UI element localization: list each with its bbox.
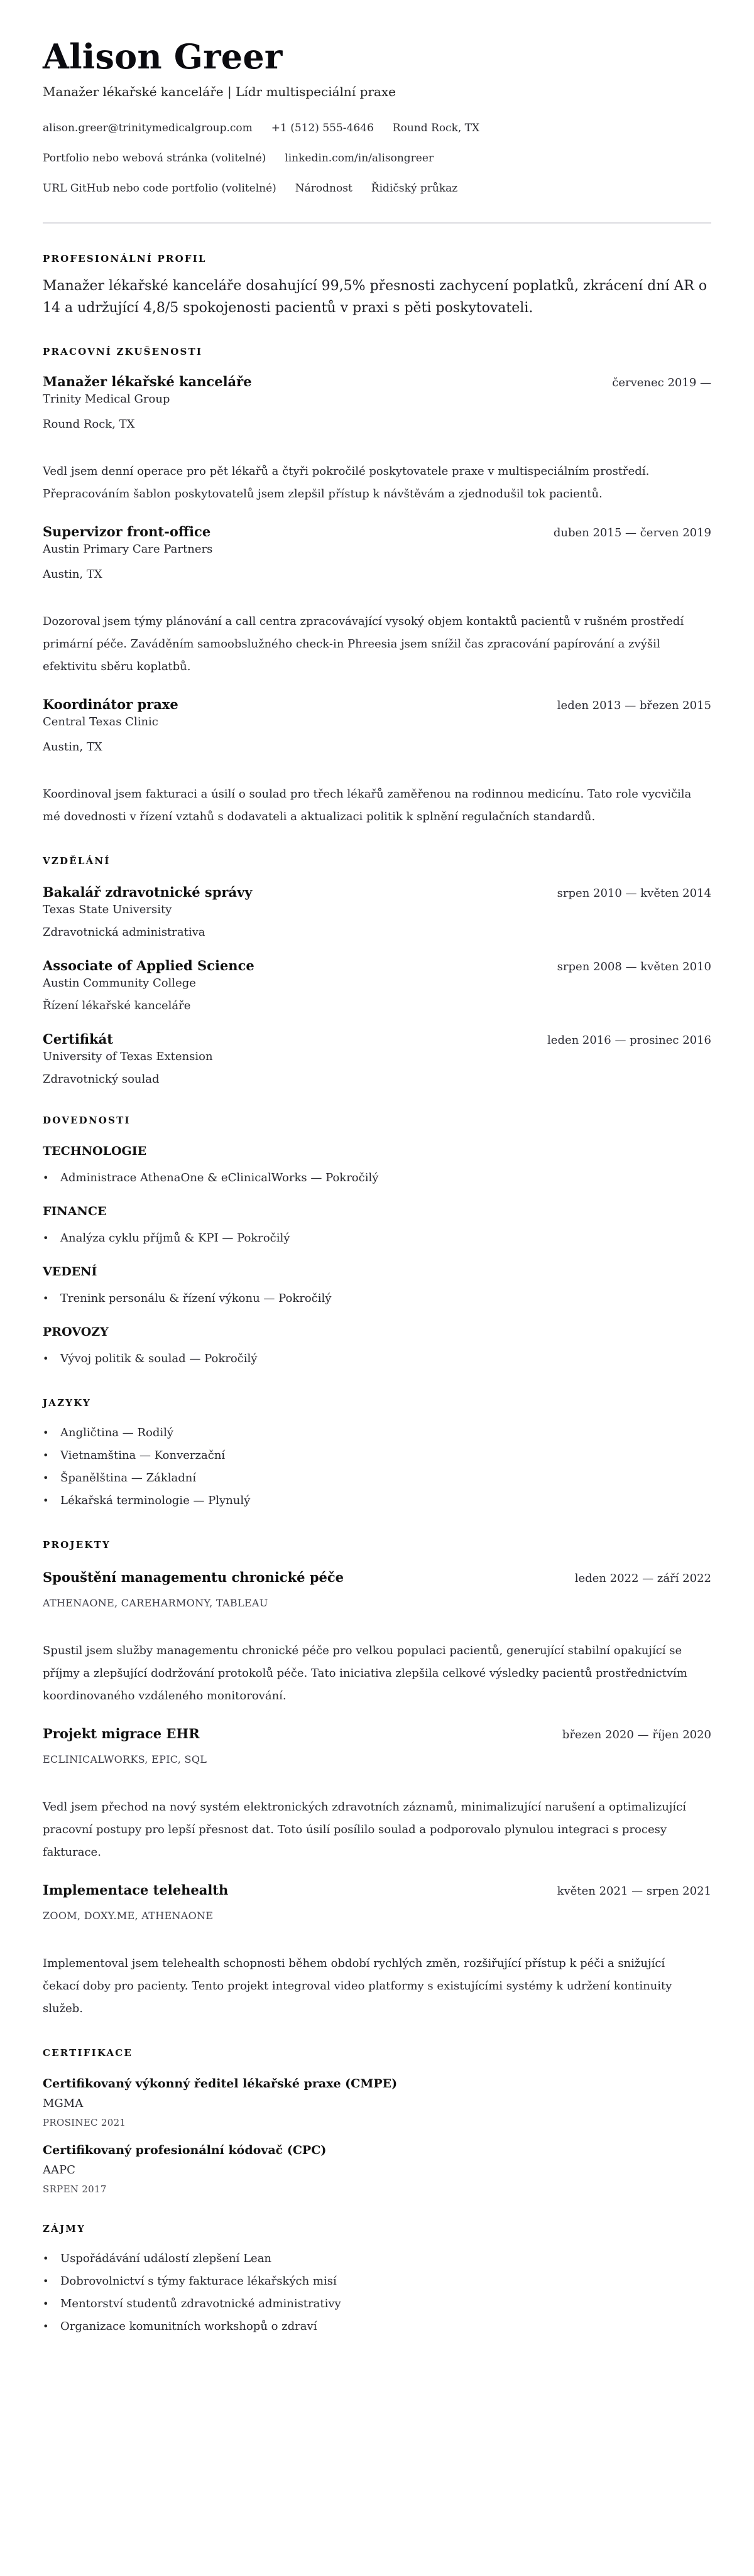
projects-section: PROJEKTY Spouštění managementu chronické… [43, 1539, 711, 2020]
section-title-interests: ZÁJMY [43, 2222, 711, 2235]
education-entry: Certifikátleden 2016 — prosinec 2016Univ… [43, 1031, 711, 1088]
certification-name: Certifikovaný výkonný ředitel lékařské p… [43, 2075, 711, 2092]
skill-list: Vývoj politik & soulad — Pokročilý [43, 1348, 711, 1370]
skill-list: Administrace AthenaOne & eClinicalWorks … [43, 1167, 711, 1189]
project-entry: Implementace telehealthkvěten 2021 — srp… [43, 1881, 711, 2020]
job-company: Central Texas Clinic [43, 714, 711, 730]
education-dates: srpen 2008 — květen 2010 [557, 959, 711, 975]
school-name: Texas State University [43, 902, 711, 918]
interest-item: Uspořádávání událostí zlepšení Lean [43, 2248, 711, 2270]
skill-list: Trenink personálu & řízení výkonu — Pokr… [43, 1287, 711, 1310]
skill-category: TECHNOLOGIE [43, 1143, 711, 1159]
job-dates: červenec 2019 — [612, 375, 711, 391]
contact-row-extra: URL GitHub nebo code portfolio (voliteln… [43, 181, 711, 196]
field-of-study: Zdravotnická administrativa [43, 924, 711, 941]
interest-item: Dobrovolnictví s týmy fakturace lékařský… [43, 2270, 711, 2293]
education-entry: Bakalář zdravotnické správysrpen 2010 — … [43, 884, 711, 941]
certification-date: PROSINEC 2021 [43, 2116, 711, 2130]
education-entry-header: Certifikátleden 2016 — prosinec 2016 [43, 1031, 711, 1049]
certification-date: SRPEN 2017 [43, 2182, 711, 2196]
job-dates: leden 2013 — březen 2015 [557, 698, 711, 714]
job-description: Koordinoval jsem fakturaci a úsilí o sou… [43, 783, 711, 828]
project-entry-header: Projekt migrace EHRbřezen 2020 — říjen 2… [43, 1725, 711, 1743]
skill-group: VEDENÍTrenink personálu & řízení výkonu … [43, 1264, 711, 1310]
certifications-section: CERTIFIKACE Certifikovaný výkonný ředite… [43, 2047, 711, 2196]
certification-entry: Certifikovaný výkonný ředitel lékařské p… [43, 2075, 711, 2130]
interest-item: Mentorství studentů zdravotnické adminis… [43, 2293, 711, 2315]
job-title: Supervizor front-office [43, 523, 210, 541]
job-location: Austin, TX [43, 566, 711, 583]
contact-row-links: Portfolio nebo webová stránka (volitelné… [43, 151, 711, 166]
contact-driving-license: Řidičský průkaz [371, 181, 457, 196]
education-entry-header: Associate of Applied Sciencesrpen 2008 —… [43, 957, 711, 975]
project-entry: Spouštění managementu chronické péčelede… [43, 1569, 711, 1707]
education-dates: srpen 2010 — květen 2014 [557, 885, 711, 902]
project-description: Implementoval jsem telehealth schopnosti… [43, 1952, 711, 2020]
section-title-experience: PRACOVNÍ ZKUŠENOSTI [43, 345, 711, 358]
education-section: VZDĚLÁNÍ Bakalář zdravotnické správysrpe… [43, 855, 711, 1088]
certification-entry: Certifikovaný profesionální kódovač (CPC… [43, 2142, 711, 2196]
skill-category: PROVOZY [43, 1324, 711, 1340]
skill-group: FINANCEAnalýza cyklu příjmů & KPI — Pokr… [43, 1203, 711, 1250]
project-tech-tags: ECLINICALWORKS, EPIC, SQL [43, 1752, 711, 1767]
skill-group: PROVOZYVývoj politik & soulad — Pokročil… [43, 1324, 711, 1370]
language-item: Vietnamština — Konverzační [43, 1444, 711, 1467]
skill-list: Analýza cyklu příjmů & KPI — Pokročilý [43, 1227, 711, 1250]
project-entry-header: Implementace telehealthkvěten 2021 — srp… [43, 1881, 711, 1900]
field-of-study: Zdravotnický soulad [43, 1071, 711, 1088]
job-description: Dozoroval jsem týmy plánování a call cen… [43, 610, 711, 678]
project-dates: květen 2021 — srpen 2021 [557, 1883, 711, 1900]
project-description: Spustil jsem služby managementu chronick… [43, 1640, 711, 1707]
certification-issuer: AAPC [43, 2162, 711, 2178]
resume-page: Alison Greer Manažer lékařské kanceláře … [0, 0, 754, 2363]
skill-group: TECHNOLOGIEAdministrace AthenaOne & eCli… [43, 1143, 711, 1189]
experience-entry: Supervizor front-officeduben 2015 — červ… [43, 523, 711, 678]
contact-location: Round Rock, TX [393, 121, 479, 136]
experience-entry-header: Manažer lékařské kancelářečervenec 2019 … [43, 373, 711, 391]
job-location: Austin, TX [43, 739, 711, 755]
interest-list: Uspořádávání událostí zlepšení LeanDobro… [43, 2248, 711, 2338]
school-name: Austin Community College [43, 975, 711, 992]
section-title-profile: PROFESIONÁLNÍ PROFIL [43, 252, 711, 265]
project-dates: březen 2020 — říjen 2020 [562, 1727, 711, 1743]
degree-title: Certifikát [43, 1031, 113, 1048]
contact-email[interactable]: alison.greer@trinitymedicalgroup.com [43, 121, 253, 136]
education-entry: Associate of Applied Sciencesrpen 2008 —… [43, 957, 711, 1014]
experience-entry-header: Koordinátor praxeleden 2013 — březen 201… [43, 696, 711, 714]
job-title: Manažer lékařské kanceláře [43, 373, 252, 391]
header-divider [43, 222, 711, 224]
resume-header: Alison Greer Manažer lékařské kanceláře … [43, 36, 711, 196]
languages-section: JAZYKY Angličtina — RodilýVietnamština —… [43, 1397, 711, 1512]
field-of-study: Řízení lékařské kanceláře [43, 998, 711, 1014]
skills-section: DOVEDNOSTI TECHNOLOGIEAdministrace Athen… [43, 1114, 711, 1370]
language-item: Španělština — Základní [43, 1467, 711, 1490]
skill-category: FINANCE [43, 1203, 711, 1220]
job-company: Trinity Medical Group [43, 391, 711, 408]
skill-item: Analýza cyklu příjmů & KPI — Pokročilý [43, 1227, 711, 1250]
language-item: Lékařská terminologie — Plynulý [43, 1490, 711, 1512]
degree-title: Bakalář zdravotnické správy [43, 884, 253, 901]
school-name: University of Texas Extension [43, 1049, 711, 1065]
skill-item: Vývoj politik & soulad — Pokročilý [43, 1348, 711, 1370]
job-location: Round Rock, TX [43, 416, 711, 433]
contact-linkedin[interactable]: linkedin.com/in/alisongreer [285, 151, 434, 166]
candidate-headline: Manažer lékařské kanceláře | Lídr multis… [43, 83, 711, 100]
profile-section: PROFESIONÁLNÍ PROFIL Manažer lékařské ka… [43, 252, 711, 319]
job-title: Koordinátor praxe [43, 696, 178, 713]
profile-summary: Manažer lékařské kanceláře dosahující 99… [43, 275, 711, 319]
project-name: Implementace telehealth [43, 1881, 228, 1899]
education-entry-header: Bakalář zdravotnické správysrpen 2010 — … [43, 884, 711, 902]
section-title-education: VZDĚLÁNÍ [43, 855, 711, 867]
contact-portfolio[interactable]: Portfolio nebo webová stránka (volitelné… [43, 151, 266, 166]
education-dates: leden 2016 — prosinec 2016 [547, 1032, 711, 1049]
interests-section: ZÁJMY Uspořádávání událostí zlepšení Lea… [43, 2222, 711, 2338]
experience-entry: Manažer lékařské kancelářečervenec 2019 … [43, 373, 711, 506]
project-entry: Projekt migrace EHRbřezen 2020 — říjen 2… [43, 1725, 711, 1864]
job-dates: duben 2015 — červen 2019 [554, 525, 711, 541]
section-title-languages: JAZYKY [43, 1397, 711, 1409]
experience-entry-header: Supervizor front-officeduben 2015 — červ… [43, 523, 711, 541]
project-name: Spouštění managementu chronické péče [43, 1569, 344, 1586]
language-list: Angličtina — RodilýVietnamština — Konver… [43, 1422, 711, 1512]
degree-title: Associate of Applied Science [43, 957, 254, 975]
section-title-certifications: CERTIFIKACE [43, 2047, 711, 2059]
contact-nationality: Národnost [295, 181, 352, 196]
experience-section: PRACOVNÍ ZKUŠENOSTI Manažer lékařské kan… [43, 345, 711, 828]
interest-item: Organizace komunitních workshopů o zdrav… [43, 2315, 711, 2338]
experience-entry: Koordinátor praxeleden 2013 — březen 201… [43, 696, 711, 828]
skill-item: Trenink personálu & řízení výkonu — Pokr… [43, 1287, 711, 1310]
project-tech-tags: ZOOM, DOXY.ME, ATHENAONE [43, 1908, 711, 1924]
job-description: Vedl jsem denní operace pro pět lékařů a… [43, 460, 711, 506]
candidate-name: Alison Greer [43, 36, 711, 77]
job-company: Austin Primary Care Partners [43, 541, 711, 558]
project-entry-header: Spouštění managementu chronické péčelede… [43, 1569, 711, 1587]
project-description: Vedl jsem přechod na nový systém elektro… [43, 1796, 711, 1864]
project-dates: leden 2022 — září 2022 [575, 1571, 711, 1587]
contact-phone[interactable]: +1 (512) 555-4646 [271, 121, 374, 136]
project-tech-tags: ATHENAONE, CAREHARMONY, TABLEAU [43, 1596, 711, 1611]
contact-row-primary: alison.greer@trinitymedicalgroup.com +1 … [43, 121, 711, 136]
skill-category: VEDENÍ [43, 1264, 711, 1280]
section-title-skills: DOVEDNOSTI [43, 1114, 711, 1127]
section-title-projects: PROJEKTY [43, 1539, 711, 1551]
certification-issuer: MGMA [43, 2096, 711, 2112]
contact-github[interactable]: URL GitHub nebo code portfolio (voliteln… [43, 181, 276, 196]
language-item: Angličtina — Rodilý [43, 1422, 711, 1444]
certification-name: Certifikovaný profesionální kódovač (CPC… [43, 2142, 711, 2158]
skill-item: Administrace AthenaOne & eClinicalWorks … [43, 1167, 711, 1189]
project-name: Projekt migrace EHR [43, 1725, 200, 1743]
